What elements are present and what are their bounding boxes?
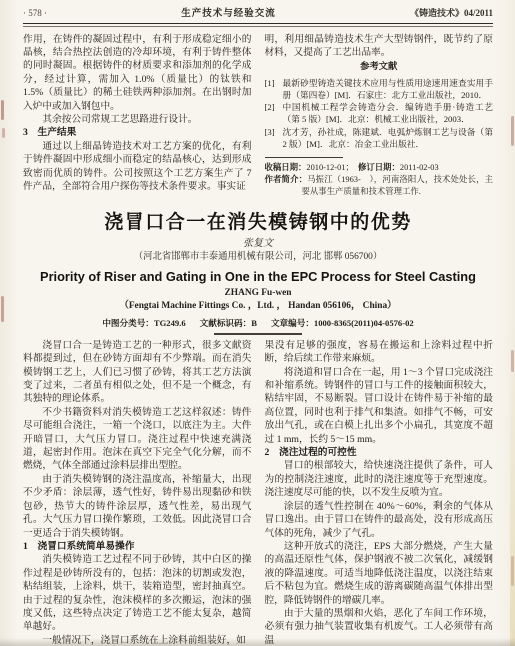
- reference-text: 中国机械工程学会铸造分会．编铸造手册·铸造工艺（第 5 版）[M]．北京：机械工…: [283, 101, 494, 125]
- paragraph: 其余按公司常规工艺思路进行设计。: [23, 113, 252, 126]
- body-left-column: 浇冒口合一是铸造工艺的一种形式，很多文献资料都提到过，但在砂铸方面却有不少弊端。…: [23, 339, 252, 646]
- revised-date: 2011-02-03: [400, 163, 439, 172]
- footnote-rule: [265, 157, 343, 158]
- page-content: · 578 · 生产技术与经验交流 《铸造技术》04/2011 作用，在铸件的凝…: [23, 8, 493, 640]
- paragraph: 由于大量的黑烟和火焰，恶化了车间工作环境，必须有强力抽气装置收集有机废气。工人必…: [265, 607, 494, 646]
- paragraph: 消失模铸造工艺过程不同于砂铸，其中白区的操作过程是砂铸所没有的，包括：泡沫的切割…: [23, 553, 252, 633]
- prev-right-column: 明，利用细晶铸造技术生产大型铸钢件，既节约了原材料，又提高了工艺出品率。 参考文…: [265, 33, 494, 198]
- paragraph: 作用，在铸件的凝固过程中，有利于形成稳定细小的晶核，结合热控法创造的冷却环境，有…: [23, 33, 252, 113]
- article-id: 文章编号：1000-8365(2011)04-0576-02: [271, 318, 414, 328]
- received-date: 2010-12-01；: [306, 163, 358, 172]
- title-divider-rule: [214, 333, 302, 335]
- author-bio: 作者简介：马振江（1963- ），河南洛阳人，技术处处长，主要从事生产质量和技术…: [265, 174, 494, 198]
- reference-text: 最新砂型铸造关键技术应用与性质用途速用速查实用手册（第四卷）[M]．石家庄：北方…: [283, 77, 494, 101]
- paragraph: 果没有足够的强度，容易在搬运和上涂料过程中折断，给后续工作带来麻烦。: [265, 339, 494, 366]
- reference-number: [3]: [265, 126, 283, 150]
- previous-article-columns: 作用，在铸件的凝固过程中，有利于形成稳定细小的晶核，结合热控法创造的冷却环境，有…: [23, 33, 493, 198]
- article-meta-line: 中图分类号：TG249.6文献标识码：B文章编号：1000-8365(2011)…: [23, 317, 493, 330]
- received-label: 收稿日期：: [265, 163, 307, 172]
- footnote-box: 收稿日期：2010-12-01； 修订日期：2011-02-03 作者简介：马振…: [265, 157, 494, 197]
- reference-number: [2]: [265, 101, 283, 125]
- body-right-column: 果没有足够的强度，容易在搬运和上涂料过程中折断，给后续工作带来麻烦。 将浇道和冒…: [265, 339, 494, 646]
- running-header: · 578 · 生产技术与经验交流 《铸造技术》04/2011: [23, 8, 493, 20]
- paragraph: 不少书籍资料对消失模铸造工艺这样叙述：铸件尽可能组合浇注，一箱一个浇口，以底注为…: [23, 406, 252, 473]
- received-revised-dates: 收稿日期：2010-12-01； 修订日期：2011-02-03: [265, 162, 494, 174]
- author-name-cn: 张复文: [23, 237, 493, 251]
- paragraph: 由于消失模铸钢的浇注温度高，补缩量大，出现不少矛盾：涂层薄，透气性好，铸件易出现…: [23, 473, 252, 540]
- prev-left-column: 作用，在铸件的凝固过程中，有利于形成稳定细小的晶核，结合热控法创造的冷却环境，有…: [23, 33, 252, 198]
- section-heading: 1 浇冒口系统简单易操作: [23, 540, 252, 553]
- paragraph: 通过以上细晶铸造技术对工艺方案的优化，有利于铸件凝固中形成细小而稳定的结晶核心，…: [23, 140, 252, 194]
- reference-number: [1]: [265, 77, 283, 101]
- page-number: · 578 ·: [23, 8, 47, 19]
- affiliation-cn: （河北省邯郸市丰泰通用机械有限公司，河北 邯郸 056700）: [23, 251, 493, 264]
- clc-number: 中图分类号：TG249.6: [102, 318, 185, 328]
- journal-issue: 《铸造技术》04/2011: [410, 8, 493, 19]
- section-heading: 3 生产结果: [23, 126, 252, 139]
- article-title-cn: 浇冒口合一在消失模铸钢中的优势: [23, 212, 493, 234]
- header-rule: [23, 23, 493, 27]
- author-name-en: ZHANG Fu-wen: [23, 287, 493, 300]
- paragraph: 冒口的根部较大，给快速浇注提供了条件，可人为的控制浇注速度，此时的浇注速度等于充…: [265, 459, 494, 499]
- section-heading: 2 浇注过程的可控性: [265, 446, 494, 459]
- article-title-block: 浇冒口合一在消失模铸钢中的优势 张复文 （河北省邯郸市丰泰通用机械有限公司，河北…: [23, 212, 493, 335]
- affiliation-en: （Fengtai Machine Fittings Co. ，Ltd. ， Ha…: [23, 300, 493, 313]
- reference-item: [3] 沈才芳，孙社成，陈建斌．电弧炉炼钢工艺与设备（第 2 版）[M]．北京：…: [265, 126, 494, 150]
- paragraph: 浇冒口合一是铸造工艺的一种形式，很多文献资料都提到过，但在砂铸方面却有不少弊端。…: [23, 339, 252, 406]
- references-heading: 参考文献: [265, 61, 494, 74]
- bio-label: 作者简介：: [265, 175, 308, 184]
- reference-item: [2] 中国机械工程学会铸造分会．编铸造手册·铸造工艺（第 5 版）[M]．北京…: [265, 101, 494, 125]
- paragraph: 这种开放式的浇注，EPS 大部分燃烧，产生大量的高温还原性气体，保护钢液不被二次…: [265, 540, 494, 607]
- bio-text: 马振江（1963- ），河南洛阳人，技术处处长，主要从事生产质量和技术管理工作.: [302, 175, 494, 196]
- reference-text: 沈才芳，孙社成，陈建斌．电弧炉炼钢工艺与设备（第 2 版）[M]．北京：冶金工业…: [283, 126, 494, 150]
- document-code: 文献标识码：B: [200, 318, 257, 328]
- revised-label: 修订日期：: [358, 163, 400, 172]
- paragraph: 涂层的透气性控制在 40%～60%，剩余的气体从冒口逸出。由于冒口在铸件的最高处…: [265, 500, 494, 540]
- paragraph: 一般情况下，浇冒口系统在上涂料前组装好，如: [23, 634, 252, 646]
- paragraph: 将浇道和冒口合在一起，用 1～3 个冒口完成浇注和补缩系统。铸钢件的冒口与工件的…: [265, 366, 494, 446]
- header-section-title: 生产技术与经验交流: [181, 9, 276, 20]
- paragraph: 明，利用细晶铸造技术生产大型铸钢件，既节约了原材料，又提高了工艺出品率。: [265, 33, 494, 60]
- article-title-en: Priority of Riser and Gating in One in t…: [23, 268, 493, 285]
- reference-item: [1] 最新砂型铸造关键技术应用与性质用途速用速查实用手册（第四卷）[M]．石家…: [265, 77, 494, 101]
- article-body-columns: 浇冒口合一是铸造工艺的一种形式，很多文献资料都提到过，但在砂铸方面却有不少弊端。…: [23, 339, 493, 646]
